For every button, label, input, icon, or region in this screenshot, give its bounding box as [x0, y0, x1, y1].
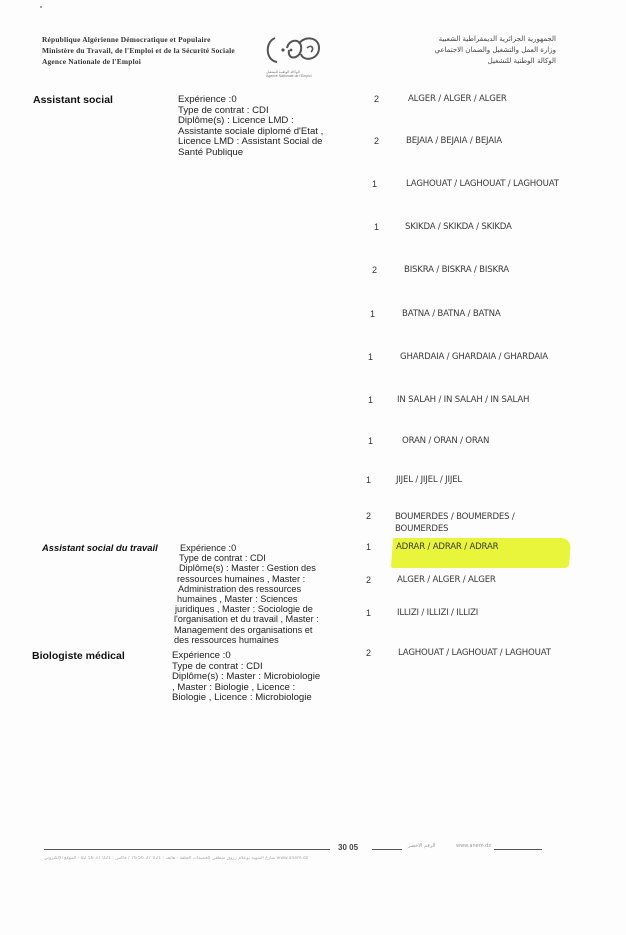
- header-french: République Algérienne Démocratique et Po…: [42, 34, 235, 67]
- location-name: ORAN / ORAN / ORAN: [402, 436, 489, 446]
- location-name: BEJAIA / BEJAIA / BEJAIA: [406, 136, 502, 146]
- position-count: 2: [366, 511, 371, 521]
- location-name-highlighted: ADRAR / ADRAR / ADRAR: [396, 542, 498, 552]
- location-name: JIJEL / JIJEL / JIJEL: [396, 475, 462, 485]
- footer-rule: [494, 849, 542, 850]
- job-title: Biologiste médical: [32, 650, 125, 662]
- position-count: 1: [374, 222, 379, 232]
- job-title: Assistant social du travail: [42, 542, 158, 553]
- header-ar-line-3: الوكالة الوطنية للتشغيل: [435, 56, 556, 67]
- position-count: 1: [368, 395, 373, 405]
- footer-website: www.anem.dz: [456, 843, 491, 849]
- location-name: BOUMERDES / BOUMERDES / BOUMERDES: [395, 511, 545, 535]
- position-count: 1: [366, 608, 371, 618]
- logo-caption: الوكالة الوطنية للتشغيل Agence Nationale…: [266, 70, 312, 78]
- location-name: SKIKDA / SKIKDA / SKIKDA: [405, 222, 512, 232]
- position-count: 1: [372, 179, 377, 189]
- location-name: BATNA / BATNA / BATNA: [402, 309, 501, 319]
- footer-date: 30 05: [338, 843, 358, 852]
- location-name: ALGER / ALGER / ALGER: [408, 94, 507, 104]
- header-line-republic: République Algérienne Démocratique et Po…: [42, 34, 235, 45]
- position-count: 1: [370, 309, 375, 319]
- footer-small-print: شارع الشهيد بوعلام رزوق منطقي الحميمات ا…: [44, 856, 544, 861]
- job-description: Expérience :0 Type de contrat : CDI Dipl…: [178, 95, 323, 159]
- scan-speck: [40, 6, 42, 8]
- location-name: LAGHOUAT / LAGHOUAT / LAGHOUAT: [406, 179, 559, 189]
- location-name: GHARDAIA / GHARDAIA / GHARDAIA: [400, 352, 548, 362]
- position-count: 2: [366, 648, 371, 658]
- footer-arabic-label: الرقم الاخضر: [408, 843, 435, 849]
- location-name: LAGHOUAT / LAGHOUAT / LAGHOUAT: [398, 648, 551, 658]
- job-description: Expérience :0 Type de contrat : CDI Dipl…: [172, 651, 320, 704]
- location-name: BISKRA / BISKRA / BISKRA: [404, 265, 509, 275]
- position-count: 2: [374, 136, 379, 146]
- header-line-ministry: Ministère du Travail, de l'Emploi et de …: [42, 45, 235, 56]
- header-line-agency: Agence Nationale de l'Emploi: [42, 56, 235, 67]
- position-count: 1: [366, 475, 371, 485]
- footer-rule: [372, 849, 402, 850]
- header-arabic: الجمهورية الجزائرية الديمقراطية الشعبية …: [435, 34, 556, 67]
- job-title: Assistant social: [33, 94, 113, 106]
- position-count: 2: [374, 94, 379, 104]
- position-count: 1: [368, 352, 373, 362]
- position-count: 2: [366, 575, 371, 585]
- position-count: 2: [372, 265, 377, 275]
- location-name: ALGER / ALGER / ALGER: [397, 575, 496, 585]
- footer-rule: [44, 849, 330, 850]
- position-count: 1: [366, 542, 371, 552]
- location-name: ILLIZI / ILLIZI / ILLIZI: [397, 608, 478, 618]
- header-ar-line-2: وزارة العمل والتشغيل والضمان الاجتماعي: [435, 45, 556, 56]
- header-ar-line-1: الجمهورية الجزائرية الديمقراطية الشعبية: [435, 34, 556, 45]
- location-name: IN SALAH / IN SALAH / IN SALAH: [397, 395, 529, 405]
- position-count: 1: [368, 436, 373, 446]
- document-page: République Algérienne Démocratique et Po…: [0, 0, 626, 935]
- job-description: Expérience :0 Type de contrat : CDI Dipl…: [174, 543, 319, 645]
